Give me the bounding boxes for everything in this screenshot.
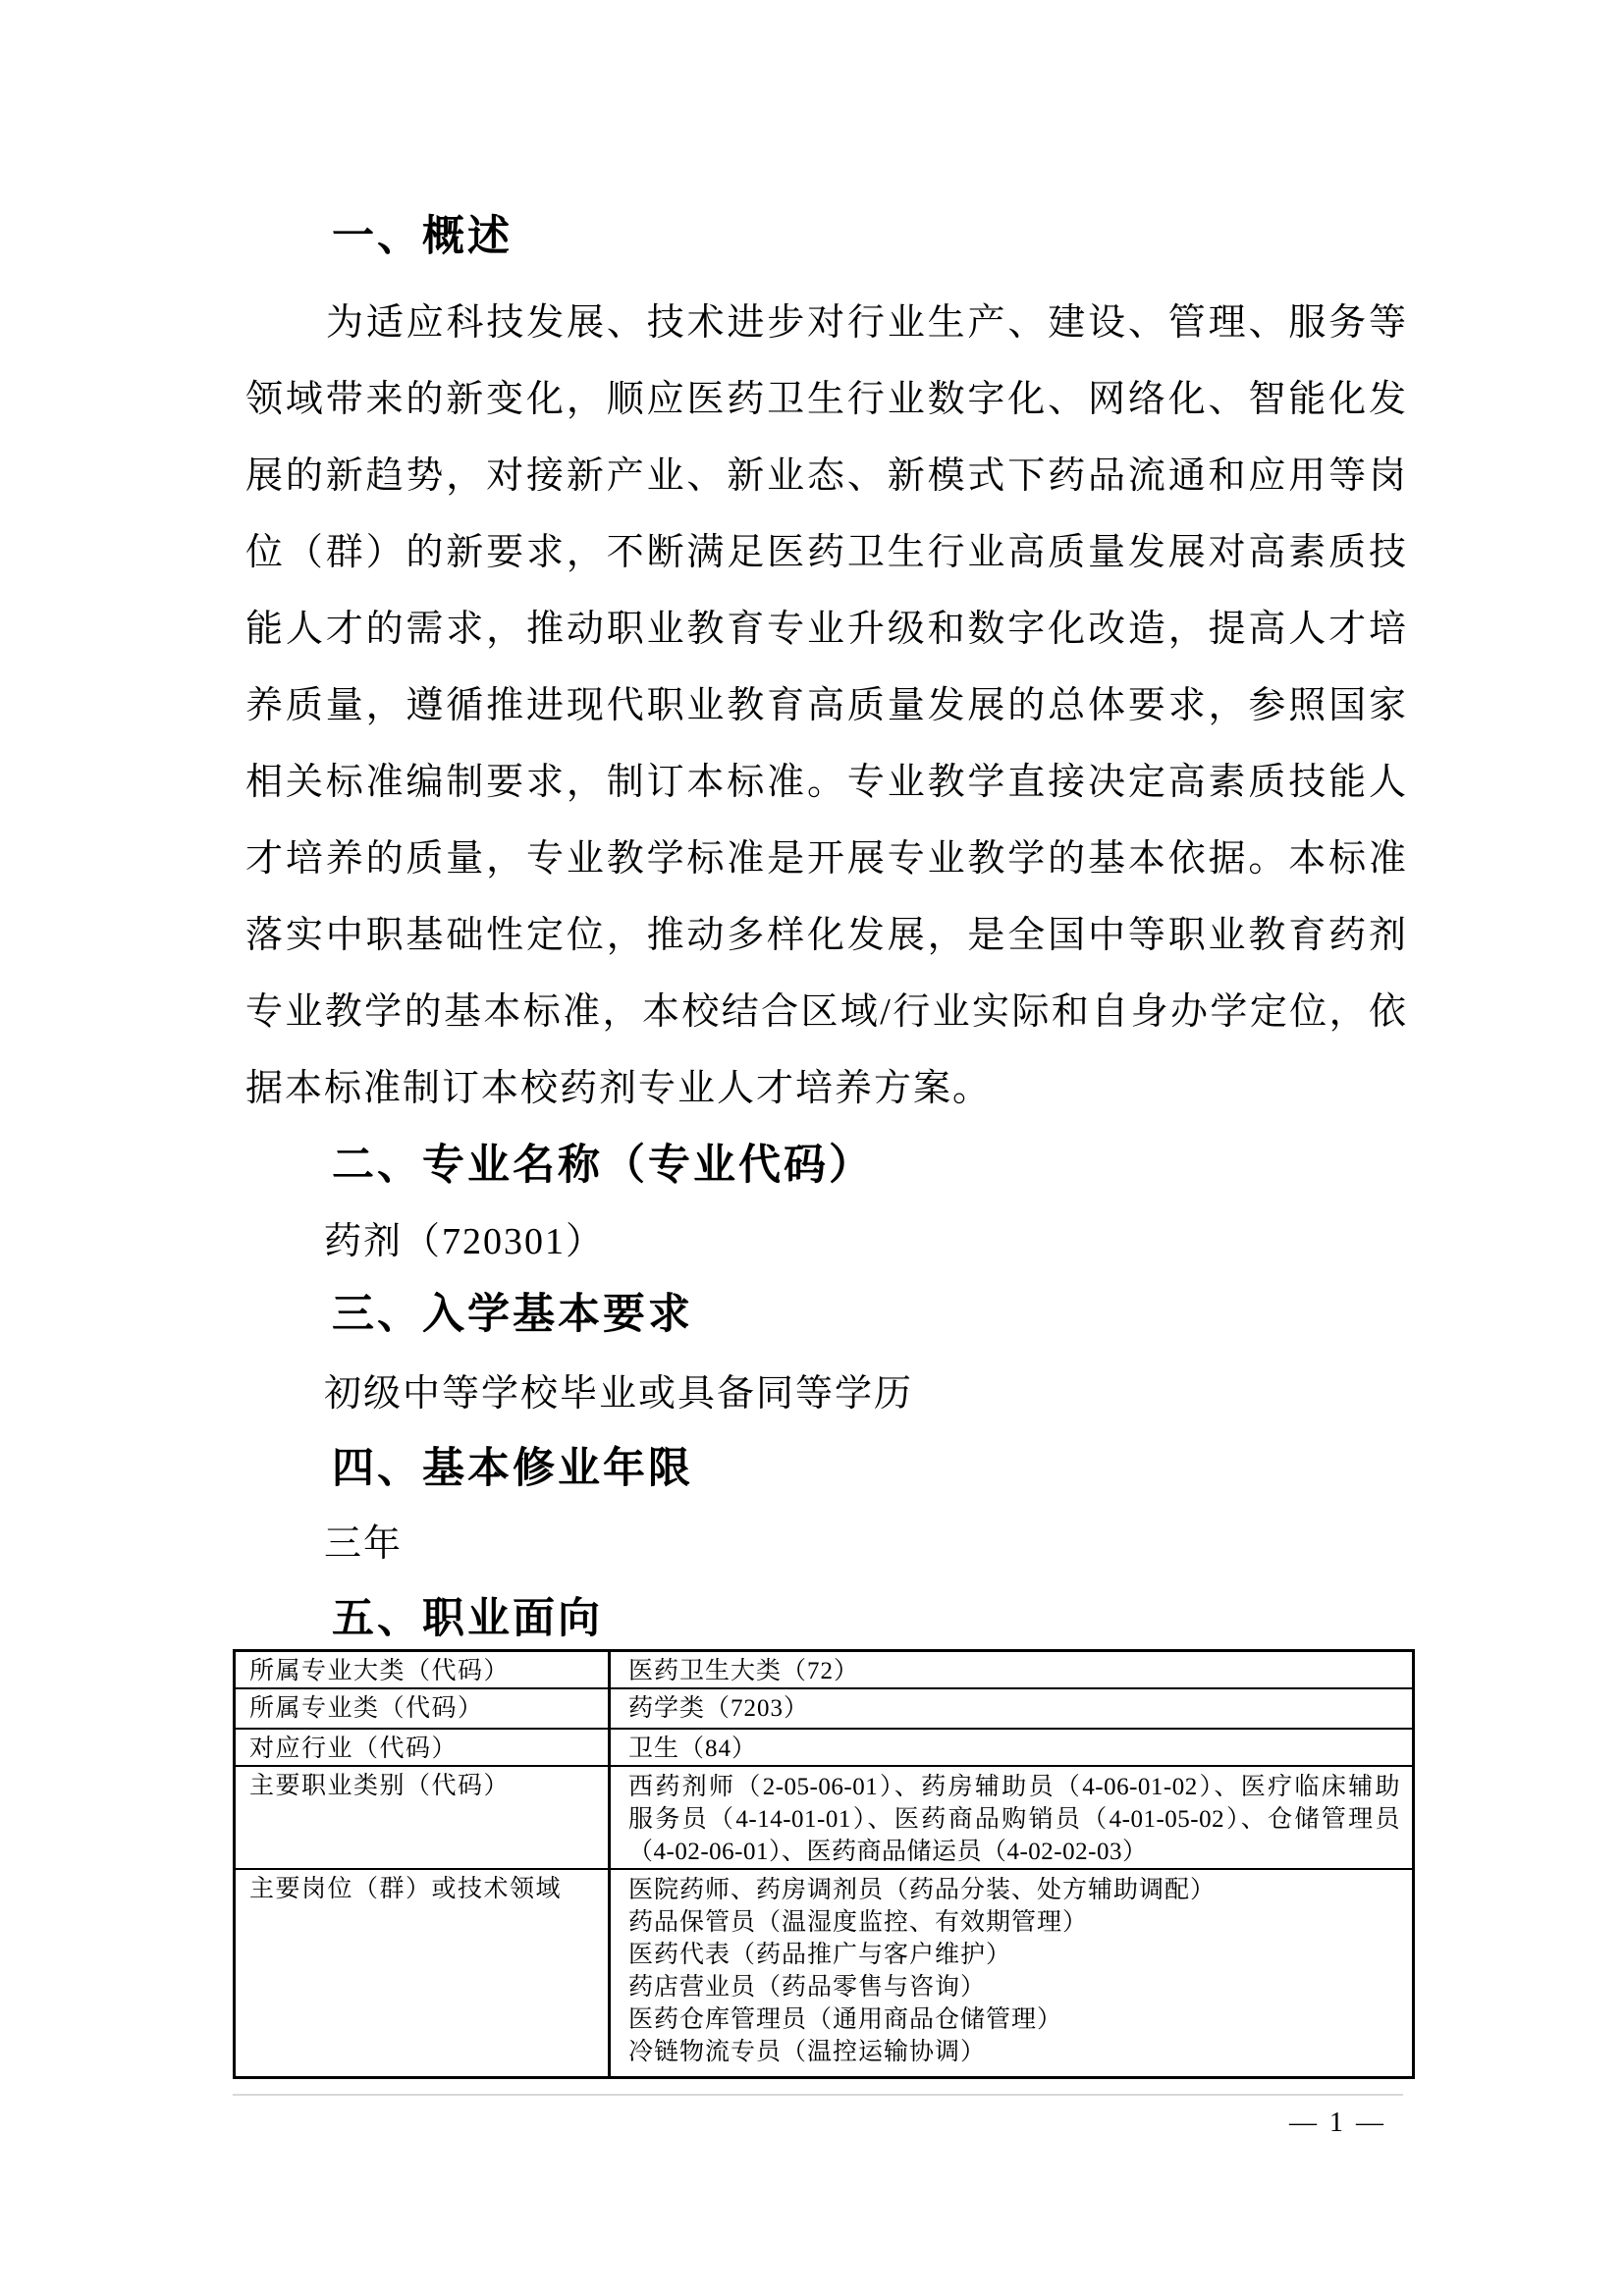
table-row-industry: 对应行业（代码） 卫生（84） [236, 1728, 1412, 1765]
value-line: 冷链物流专员（温控运输协调） [628, 2036, 1400, 2068]
table-row-major-category: 所属专业大类（代码） 医药卫生大类（72） [236, 1652, 1412, 1687]
row-label: 所属专业大类（代码） [236, 1652, 611, 1687]
table-row-main-posts: 主要岗位（群）或技术领域 医院药师、药房调剂员（药品分装、处方辅助调配） 药品保… [236, 1868, 1412, 2076]
value-line: 医院药师、药房调剂员（药品分装、处方辅助调配） [628, 1874, 1400, 1906]
row-value: 医药卫生大类（72） [611, 1652, 1412, 1687]
row-label: 对应行业（代码） [236, 1730, 611, 1765]
decorative-line [233, 2094, 1403, 2096]
study-period-text: 三年 [324, 1522, 403, 1566]
row-label: 主要职业类别（代码） [236, 1767, 611, 1868]
overview-paragraph: 为适应科技发展、技术进步对行业生产、建设、管理、服务等领域带来的新变化，顺应医药… [245, 285, 1408, 1127]
section-heading-career-orientation: 五、职业面向 [332, 1596, 603, 1641]
value-line: 药品保管员（温湿度监控、有效期管理） [628, 1906, 1400, 1939]
section-heading-major-name: 二、专业名称（专业代码） [332, 1143, 874, 1188]
row-label: 主要岗位（群）或技术领域 [236, 1870, 611, 2076]
row-value: 医院药师、药房调剂员（药品分装、处方辅助调配） 药品保管员（温湿度监控、有效期管… [611, 1870, 1412, 2076]
value-line: 医药仓库管理员（通用商品仓储管理） [628, 2003, 1400, 2036]
row-label: 所属专业类（代码） [236, 1689, 611, 1728]
row-value: 药学类（7203） [611, 1689, 1412, 1728]
row-value: 卫生（84） [611, 1730, 1412, 1765]
table-row-major-class: 所属专业类（代码） 药学类（7203） [236, 1687, 1412, 1728]
major-name-text: 药剂（720301） [324, 1220, 605, 1263]
section-heading-study-period: 四、基本修业年限 [332, 1446, 693, 1491]
document-page: 一、概述 为适应科技发展、技术进步对行业生产、建设、管理、服务等领域带来的新变化… [0, 0, 1624, 2296]
footer-page-number: — 1 — [1289, 2108, 1386, 2139]
row-value: 西药剂师（2-05-06-01）、药房辅助员（4-06-01-02）、医疗临床辅… [611, 1767, 1412, 1868]
value-line: 西药剂师（2-05-06-01）、药房辅助员（4-06-01-02）、医疗临床辅… [628, 1771, 1400, 1803]
value-line: （4-02-06-01）、医药商品储运员（4-02-02-03） [628, 1836, 1400, 1868]
value-line: 服务员（4-14-01-01）、医药商品购销员（4-01-05-02）、仓储管理… [628, 1803, 1400, 1836]
entrance-requirement-text: 初级中等学校毕业或具备同等学历 [324, 1372, 913, 1415]
section-heading-overview: 一、概述 [332, 214, 513, 259]
table-row-occupation-categories: 主要职业类别（代码） 西药剂师（2-05-06-01）、药房辅助员（4-06-0… [236, 1765, 1412, 1868]
value-line: 医药代表（药品推广与客户维护） [628, 1939, 1400, 1971]
value-line: 药店营业员（药品零售与咨询） [628, 1971, 1400, 2003]
section-heading-entrance-requirement: 三、入学基本要求 [332, 1292, 693, 1337]
career-orientation-table: 所属专业大类（代码） 医药卫生大类（72） 所属专业类（代码） 药学类（7203… [233, 1649, 1415, 2079]
